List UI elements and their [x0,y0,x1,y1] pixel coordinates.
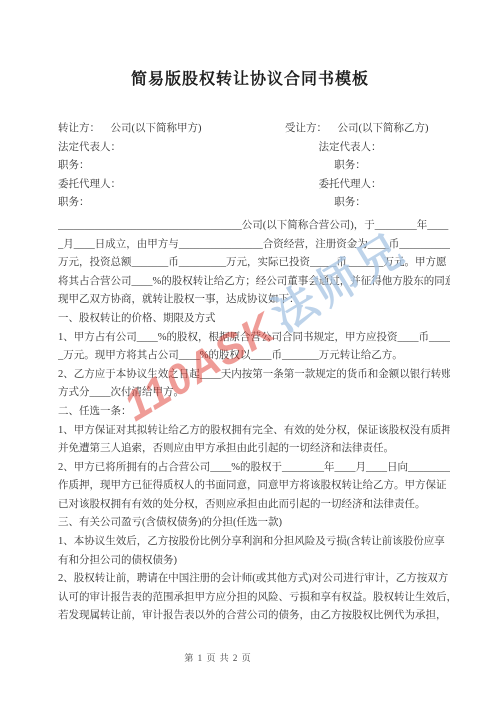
contract-line: 现甲乙双方协商，就转让股权一事，达成协议如下： [58,291,450,310]
contract-line: 方式分____次付清给甲方。 [58,384,450,403]
contract-line: 万元，投资总额_______币_________万元，实际已投资_____币__… [58,254,450,273]
contract-line: 2、乙方应于本协议生效之日起____天内按第一条第一款规定的货币和金额以银行转账 [58,366,450,385]
contract-line: 若发现属转让前，审计报告表以外的合营公司的债务，由乙方按股权比例代为承担， [58,607,450,626]
contract-line: 1、本协议生效后，乙方按股份比例分享利润和分担风险及亏损(含转让前该股份应享 [58,533,450,552]
party-row: 法定代表人： 法定代表人： [0,139,500,158]
legal-representative-right-label: 法定代表人： [250,139,450,158]
party-row: 职务： 职务： [0,194,500,213]
party-row: 转让方： 公司(以下简称甲方) 受让方： 公司(以下简称乙方) [0,120,500,139]
contract-section-heading: 三、有关公司盈亏(含债权债务)的分担(任选一款) [58,514,450,533]
position-right-label: 职务： [250,157,450,176]
contract-line: 作质押，现甲方已征得质权人的书面同意，同意甲方将该股权转让给乙方。甲方保证 [58,477,450,496]
contract-line: ___________________________________公司(以下… [58,217,450,236]
agent-left-label: 委托代理人： [0,176,250,195]
party-row: 职务： 职务： [0,157,500,176]
parties-section: 转让方： 公司(以下简称甲方) 受让方： 公司(以下简称乙方) 法定代表人： 法… [0,120,500,213]
contract-document-page: 简易版股权转让协议合同书模板 转让方： 公司(以下简称甲方) 受让方： 公司(以… [0,0,500,706]
legal-representative-left-label: 法定代表人： [0,139,250,158]
position2-left-label: 职务： [0,194,250,213]
page-number: 第 1 页 共 2 页 [0,651,436,664]
contract-line: 1、甲方占有公司____%的股权，根据原合营公司合同书规定，甲方应投资____币… [58,329,450,348]
party-row: 委托代理人： 委托代理人： [0,176,500,195]
contract-section-heading: 二、任选一条： [58,403,450,422]
position-left-label: 职务： [0,157,250,176]
contract-line: _万元。现甲方将其占公司____%的股权以____币_______万元转让给乙方… [58,347,450,366]
party-transferee-label: 受让方： 公司(以下简称乙方) [250,120,500,139]
page-title: 简易版股权转让协议合同书模板 [0,0,500,89]
contract-section-heading: 一、股权转让的价格、期限及方式 [58,310,450,329]
contract-line: 有和分担公司的债权债务) [58,552,450,571]
party-transferor-label: 转让方： 公司(以下简称甲方) [0,120,250,139]
contract-line: 认可的审计报告表的范围承担甲方应分担的风险、亏损和享有权益。股权转让生效后， [58,589,450,608]
contract-line: 1、甲方保证对其拟转让给乙方的股权拥有完全、有效的处分权，保证该股权没有质押， [58,422,450,441]
contract-line: 2、股权转让前，聘请在中国注册的会计师(或其他方式)对公司进行审计，乙方按双方 [58,570,450,589]
position2-right-label: 职务： [250,194,450,213]
contract-line: 并免遭第三人追索，否则应由甲方承担由此引起的一切经济和法律责任。 [58,440,450,459]
contract-line: 将其占合营公司____%的股权转让给乙方；经公司董事会通过，并征得他方股东的同意… [58,273,450,292]
contract-line: 已对该股权拥有有效的处分权，否则应承担由此而引起的一切经济和法律责任。 [58,496,450,515]
contract-line: 2、甲方已将所拥有的占合营公司____%的股权于________年____月__… [58,459,450,478]
contract-line: _月____日成立，由甲方与________________合资经营，注册资金为… [58,236,450,255]
contract-body: ___________________________________公司(以下… [0,217,500,626]
agent-right-label: 委托代理人： [250,176,450,195]
